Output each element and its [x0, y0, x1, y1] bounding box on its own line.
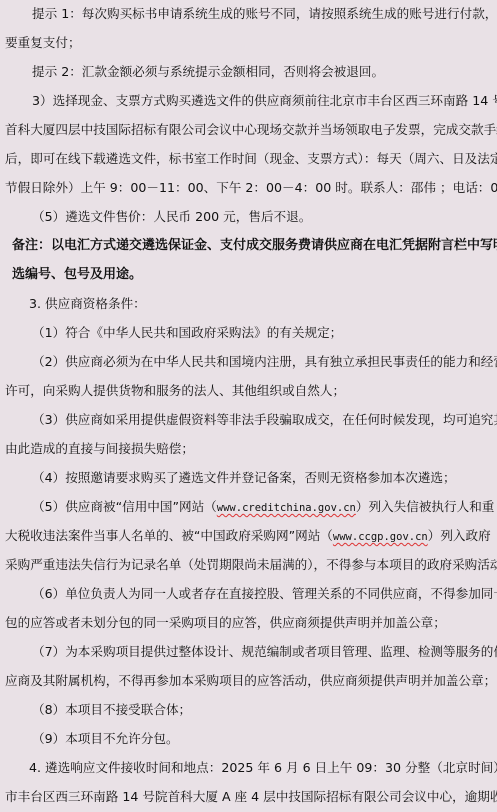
paragraph-line: 节假日除外）上午 9：00－11：00、下午 2：00－4：00 时。联系人：邵… [5, 180, 497, 196]
paragraph-line: 市丰台区西三环南路 14 号院首科大厦 A 座 4 层中技国际招标有限公司会议中… [5, 789, 497, 805]
website-link[interactable]: www.ccgp.gov.cn [333, 531, 428, 543]
paragraph-line: （6）单位负责人为同一人或者存在直接控股、管理关系的不同供应商，不得参加同一 [32, 586, 497, 602]
paragraph-line: （9）本项目不允许分包。 [32, 731, 179, 747]
paragraph-line: 应商及其附属机构，不得再参加本采购项目的应答活动，供应商须提供声明并加盖公章； [5, 673, 496, 689]
paragraph-line: （5）遴选文件售价：人民币 200 元，售后不退。 [32, 209, 311, 225]
paragraph-line: 3. 供应商资格条件： [29, 296, 146, 312]
paragraph-line: 由此造成的直接与间接损失赔偿； [5, 441, 194, 457]
paragraph-line: 提示 1：每次购买标书申请系统生成的账号不同，请按照系统生成的账号进行付款，不 [32, 6, 497, 22]
paragraph-line: 采购严重违法失信行为记录名单（处罚期限尚未届满的），不得参与本项目的政府采购活动… [5, 557, 497, 573]
text-suffix: ）列入失信被执行人和重 [356, 499, 495, 514]
text-prefix: （5）供应商被“信用中国”网站（ [32, 499, 217, 514]
paragraph-line: 许可，向采购人提供货物和服务的法人、其他组织或自然人； [5, 383, 345, 399]
paragraph-line: 4. 遴选响应文件接收时间和地点：2025 年 6 月 6 日上午 09：30 … [29, 760, 497, 776]
paragraph-line: （7）为本采购项目提供过整体设计、规范编制或者项目管理、监理、检测等服务的供 [32, 644, 497, 660]
paragraph-line: （1）符合《中华人民共和国政府采购法》的有关规定； [32, 325, 342, 341]
paragraph-line: 首科大厦四层中技国际招标有限公司会议中心现场交款并当场领取电子发票，完成交款手续 [5, 122, 497, 138]
website-link[interactable]: www.creditchina.gov.cn [217, 502, 356, 514]
document-page: 提示 1：每次购买标书申请系统生成的账号不同，请按照系统生成的账号进行付款，不要… [0, 0, 497, 812]
paragraph-line: 要重复支付； [5, 35, 81, 51]
paragraph-line: 3）选择现金、支票方式购买遴选文件的供应商须前往北京市丰台区西三环南路 14 号… [32, 93, 497, 109]
remark-text-line: 选编号、包号及用途。 [12, 267, 142, 283]
paragraph-line-with-link: 大税收违法案件当事人名单的、被“中国政府采购网”网站（www.ccgp.gov.… [5, 528, 491, 545]
paragraph-line: （4）按照邀请要求购买了遴选文件并登记备案，否则无资格参加本次遴选； [32, 470, 456, 486]
paragraph-line: （3）供应商如采用提供虚假资料等非法手段骗取成交，在任何时候发现，均可追究其 [32, 412, 497, 428]
paragraph-line: （8）本项目不接受联合体； [32, 702, 191, 718]
paragraph-line: 提示 2：汇款金额必须与系统提示金额相同，否则将会被退回。 [32, 64, 384, 80]
paragraph-line: 包的应答或者未划分包的同一采购项目的应答，供应商须提供声明并加盖公章； [5, 615, 446, 631]
text-suffix: ）列入政府 [428, 528, 491, 543]
text-prefix: 大税收违法案件当事人名单的、被“中国政府采购网”网站（ [5, 528, 333, 543]
paragraph-line: 后，即可在线下载遴选文件，标书室工作时间（现金、支票方式）：每天（周六、日及法定 [5, 151, 497, 167]
paragraph-line-with-link: （5）供应商被“信用中国”网站（www.creditchina.gov.cn）列… [32, 499, 494, 516]
remark-text-line: 备注：以电汇方式递交遴选保证金、支付成交服务费请供应商在电汇凭据附言栏中写明遴 [12, 238, 497, 254]
paragraph-line: （2）供应商必须为在中华人民共和国境内注册，具有独立承担民事责任的能力和经营 [32, 354, 497, 370]
